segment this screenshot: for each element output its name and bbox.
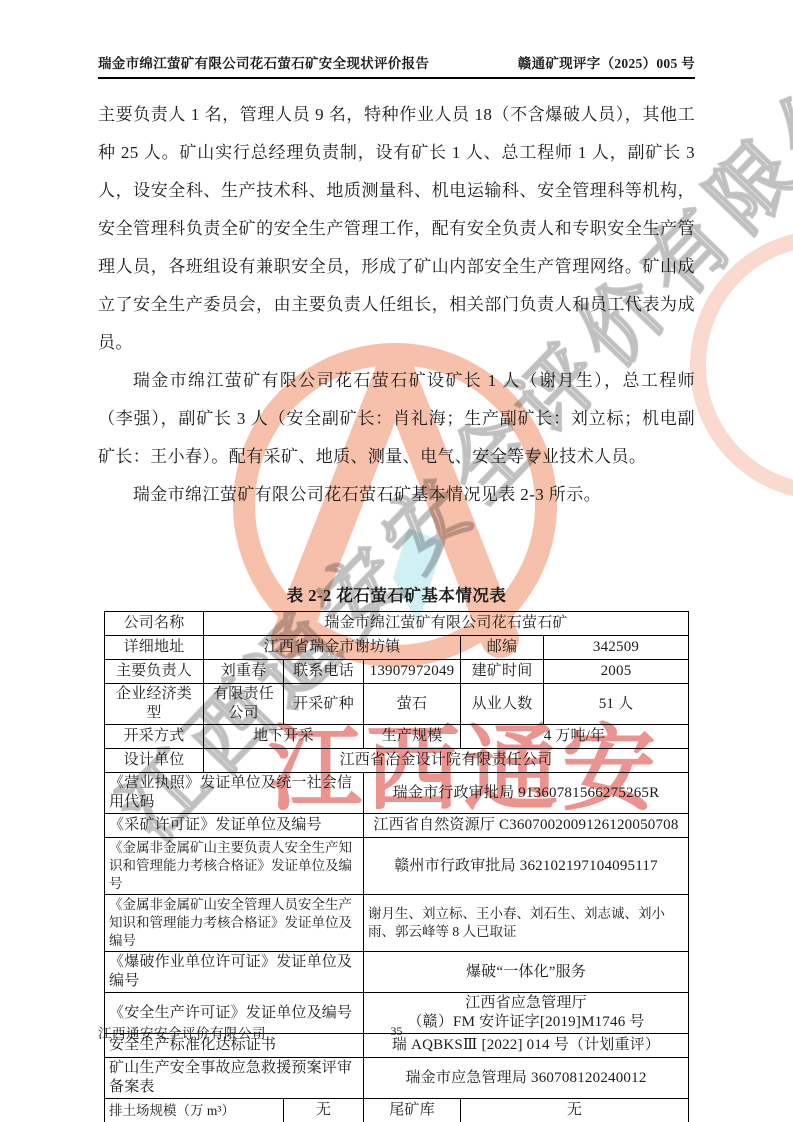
table-cell: 详细地址 — [105, 636, 204, 660]
table-cell: 建矿时间 — [461, 660, 544, 684]
table-cell: 江西省瑞金市谢坊镇 — [204, 636, 461, 660]
table-row: 设计单位江西省冶金设计院有限责任公司 — [105, 749, 689, 773]
table-cell: 《金属非金属矿山安全管理人员安全生产知识和管理能力考核合格证》发证单位及编号 — [105, 895, 364, 952]
table-cell: 无 — [284, 1099, 364, 1122]
table-cell: 开采方式 — [105, 725, 204, 749]
table-cell: 江西省自然资源厅 C3607002009126120050708 — [364, 814, 689, 838]
table-cell: 赣州市行政审批局 362102197104095117 — [364, 838, 689, 895]
paragraph-leaders: 瑞金市绵江萤矿有限公司花石萤石矿设矿长 1 人（谢月生），总工程师（李强），副矿… — [98, 362, 695, 476]
table-cell: 瑞金市绵江萤矿有限公司花石萤石矿 — [204, 612, 689, 636]
table-row: 排土场规模（万 m³）无尾矿库无 — [105, 1099, 689, 1122]
table-cell: 尾矿库 — [364, 1099, 461, 1122]
table-row: 《采矿许可证》发证单位及编号江西省自然资源厅 C3607002009126120… — [105, 814, 689, 838]
header-report-title: 瑞金市绵江萤矿有限公司花石萤石矿安全现状评价报告 — [98, 52, 429, 72]
partial-seal-arc — [690, 230, 793, 500]
table-row: 开采方式地下开采生产规模4 万吨/年 — [105, 725, 689, 749]
table-cell: 《采矿许可证》发证单位及编号 — [105, 814, 364, 838]
header-doc-number: 赣通矿现评字（2025）005 号 — [518, 52, 695, 72]
table-cell: 无 — [461, 1099, 689, 1122]
table-cell: 刘重春 — [204, 660, 284, 684]
table-cell: 《爆破作业单位许可证》发证单位及编号 — [105, 952, 364, 993]
report-page: 江西通安安全评价有限公司 江西通安 瑞金市绵江萤矿有限公司花石萤石矿安全现状评价… — [0, 0, 793, 1122]
paragraph-table-ref: 瑞金市绵江萤矿有限公司花石萤石矿基本情况见表 2-3 所示。 — [98, 476, 695, 514]
table-cell: 瑞金市行政审批局 91360781566275265R — [364, 773, 689, 814]
seal-cyan-accent — [393, 528, 444, 624]
page-header: 瑞金市绵江萤矿有限公司花石萤石矿安全现状评价报告 赣通矿现评字（2025）005… — [98, 52, 695, 79]
table-cell: 342509 — [544, 636, 689, 660]
table-cell: 《营业执照》发证单位及统一社会信用代码 — [105, 773, 364, 814]
table-row: 企业经济类型有限责任公司开采矿种萤石从业人数51 人 — [105, 684, 689, 725]
table-row: 《营业执照》发证单位及统一社会信用代码瑞金市行政审批局 913607815662… — [105, 773, 689, 814]
table-cell: 《金属非金属矿山主要负责人安全生产知识和管理能力考核合格证》发证单位及编号 — [105, 838, 364, 895]
table-cell: 2005 — [544, 660, 689, 684]
table-cell: 谢月生、刘立标、王小春、刘石生、刘志诚、刘小雨、郭云峰等 8 人已取证 — [364, 895, 689, 952]
table-cell: 联系电话 — [284, 660, 364, 684]
table-cell: 企业经济类型 — [105, 684, 204, 725]
table-cell: 开采矿种 — [284, 684, 364, 725]
table-row: 《金属非金属矿山主要负责人安全生产知识和管理能力考核合格证》发证单位及编号赣州市… — [105, 838, 689, 895]
basic-info-table: 公司名称瑞金市绵江萤矿有限公司花石萤石矿详细地址江西省瑞金市谢坊镇邮编34250… — [104, 611, 689, 1122]
table-cell: 萤石 — [364, 684, 461, 725]
table-cell: 爆破“一体化”服务 — [364, 952, 689, 993]
table-row: 《爆破作业单位许可证》发证单位及编号爆破“一体化”服务 — [105, 952, 689, 993]
footer-company: 江西通安安全评价有限公司 — [98, 1022, 266, 1042]
table-cell: 矿山生产安全事故应急救援预案评审备案表 — [105, 1058, 364, 1099]
table-row: 公司名称瑞金市绵江萤矿有限公司花石萤石矿 — [105, 612, 689, 636]
table-cell: 邮编 — [461, 636, 544, 660]
table-cell: 13907972049 — [364, 660, 461, 684]
table-cell: 瑞金市应急管理局 360708120240012 — [364, 1058, 689, 1099]
table-cell: 有限责任公司 — [204, 684, 284, 725]
table-cell: 地下开采 — [204, 725, 364, 749]
table-row: 主要负责人刘重春联系电话13907972049建矿时间2005 — [105, 660, 689, 684]
table-cell: 排土场规模（万 m³） — [105, 1099, 284, 1122]
table-title: 表 2-2 花石萤石矿基本情况表 — [98, 582, 695, 606]
table-row: 矿山生产安全事故应急救援预案评审备案表瑞金市应急管理局 360708120240… — [105, 1058, 689, 1099]
table-cell: 设计单位 — [105, 749, 204, 773]
table-row: 《金属非金属矿山安全管理人员安全生产知识和管理能力考核合格证》发证单位及编号谢月… — [105, 895, 689, 952]
table-cell: 51 人 — [544, 684, 689, 725]
table-cell: 4 万吨/年 — [461, 725, 689, 749]
table-cell: 公司名称 — [105, 612, 204, 636]
paragraph-staffing: 主要负责人 1 名，管理人员 9 名，特种作业人员 18（不含爆破人员），其他工… — [98, 96, 695, 362]
table-cell: 主要负责人 — [105, 660, 204, 684]
table-cell: 江西省冶金设计院有限责任公司 — [204, 749, 689, 773]
table-cell: 生产规模 — [364, 725, 461, 749]
table-row: 详细地址江西省瑞金市谢坊镇邮编342509 — [105, 636, 689, 660]
table-cell: 从业人数 — [461, 684, 544, 725]
body-text: 主要负责人 1 名，管理人员 9 名，特种作业人员 18（不含爆破人员），其他工… — [98, 96, 695, 514]
